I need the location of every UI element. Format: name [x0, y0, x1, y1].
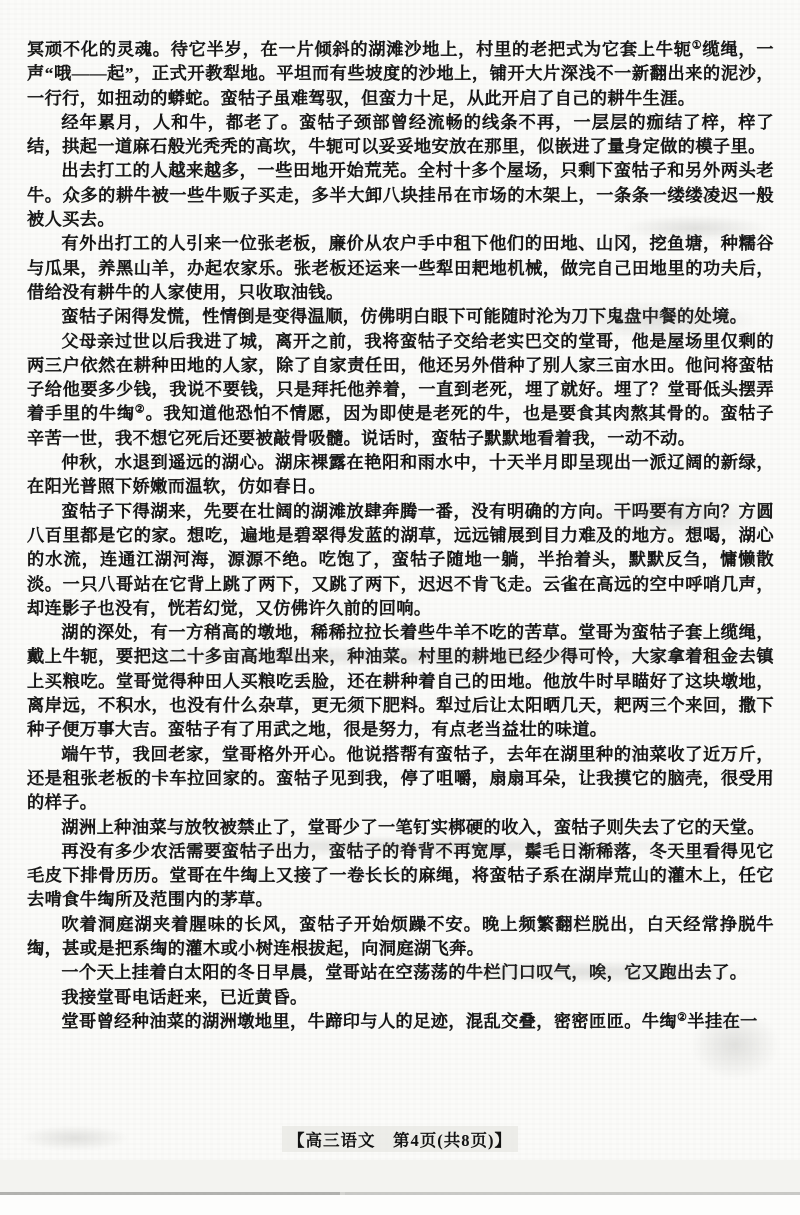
- paragraph: 端午节，我回老家，堂哥格外开心。他说搭帮有蛮牯子，去年在湖里种的油菜收了近万斤，…: [27, 743, 774, 816]
- footer-text: 【高三语文 第4页(共8页)】: [282, 1126, 518, 1152]
- paragraph: 出去打工的人越来越多，一些田地开始荒芜。全村十多个屋场，只剩下蛮牯子和另外两头老…: [27, 159, 774, 232]
- paragraph: 吹着洞庭湖夹着腥味的长风，蛮牯子开始烦躁不安。晚上频繁翻栏脱出，白天经常挣脱牛绹…: [27, 913, 774, 962]
- paragraph: 经年累月，人和牛，都老了。蛮牯子颈部曾经流畅的线条不再，一层层的痂结了梓，梓了结…: [27, 111, 774, 160]
- scan-edge-below: [0, 1195, 800, 1215]
- page-footer: 【高三语文 第4页(共8页)】: [0, 1126, 800, 1152]
- scan-edge-strip: [0, 1160, 800, 1193]
- footnote-marker: ②: [677, 1011, 687, 1023]
- paragraph: 我接堂哥电话赶来，已近黄昏。: [27, 986, 774, 1010]
- paragraph: 湖的深处，有一方稍高的墩地，稀稀拉拉长着些牛羊不吃的苦草。堂哥为蛮牯子套上缆绳，…: [27, 621, 774, 742]
- paragraph: 冥顽不化的灵魂。待它半岁，在一片倾斜的湖滩沙地上，村里的老把式为它套上牛轭①缆绳…: [27, 38, 774, 111]
- footnote-marker: ①: [692, 39, 703, 51]
- footnote-marker: ②: [135, 404, 146, 416]
- paragraph: 一个天上挂着白太阳的冬日早晨，堂哥站在空荡荡的牛栏门口叹气，唉，它又跑出去了。: [27, 961, 774, 985]
- paragraph: 父母亲过世以后我进了城，离开之前，我将蛮牯子交给老实巴交的堂哥，他是屋场里仅剩的…: [27, 330, 774, 451]
- paragraph: 蛮牯子下得湖来，先要在壮阔的湖滩放肆奔腾一番，没有明确的方向。干吗要有方向？方圆…: [27, 500, 774, 621]
- scanned-exam-page: 冥顽不化的灵魂。待它半岁，在一片倾斜的湖滩沙地上，村里的老把式为它套上牛轭①缆绳…: [0, 0, 800, 1215]
- paragraph: 仲秋，水退到遥远的湖心。湖床裸露在艳阳和雨水中，十天半月即呈现出一派辽阔的新绿，…: [27, 451, 774, 500]
- paragraph: 再没有多少农活需要蛮牯子出力，蛮牯子的脊背不再宽厚，鬃毛日渐稀落，冬天里看得见它…: [27, 840, 774, 913]
- paragraph: 蛮牯子闲得发慌，性情倒是变得温顺，仿佛明白眼下可能随时沦为刀下鬼盘中餐的处境。: [27, 305, 774, 329]
- paragraph: 湖洲上种油菜与放牧被禁止了，堂哥少了一笔钉实梆硬的收入，蛮牯子则失去了它的天堂。: [27, 816, 774, 840]
- paragraph: 有外出打工的人引来一位张老板，廉价从农户手中租下他们的田地、山冈，挖鱼塘，种糯谷…: [27, 232, 774, 305]
- paragraph: 堂哥曾经种油菜的湖洲墩地里，牛蹄印与人的足迹，混乱交叠，密密匝匝。牛绹②半挂在一: [27, 1010, 774, 1034]
- reading-passage: 冥顽不化的灵魂。待它半岁，在一片倾斜的湖滩沙地上，村里的老把式为它套上牛轭①缆绳…: [27, 38, 774, 1034]
